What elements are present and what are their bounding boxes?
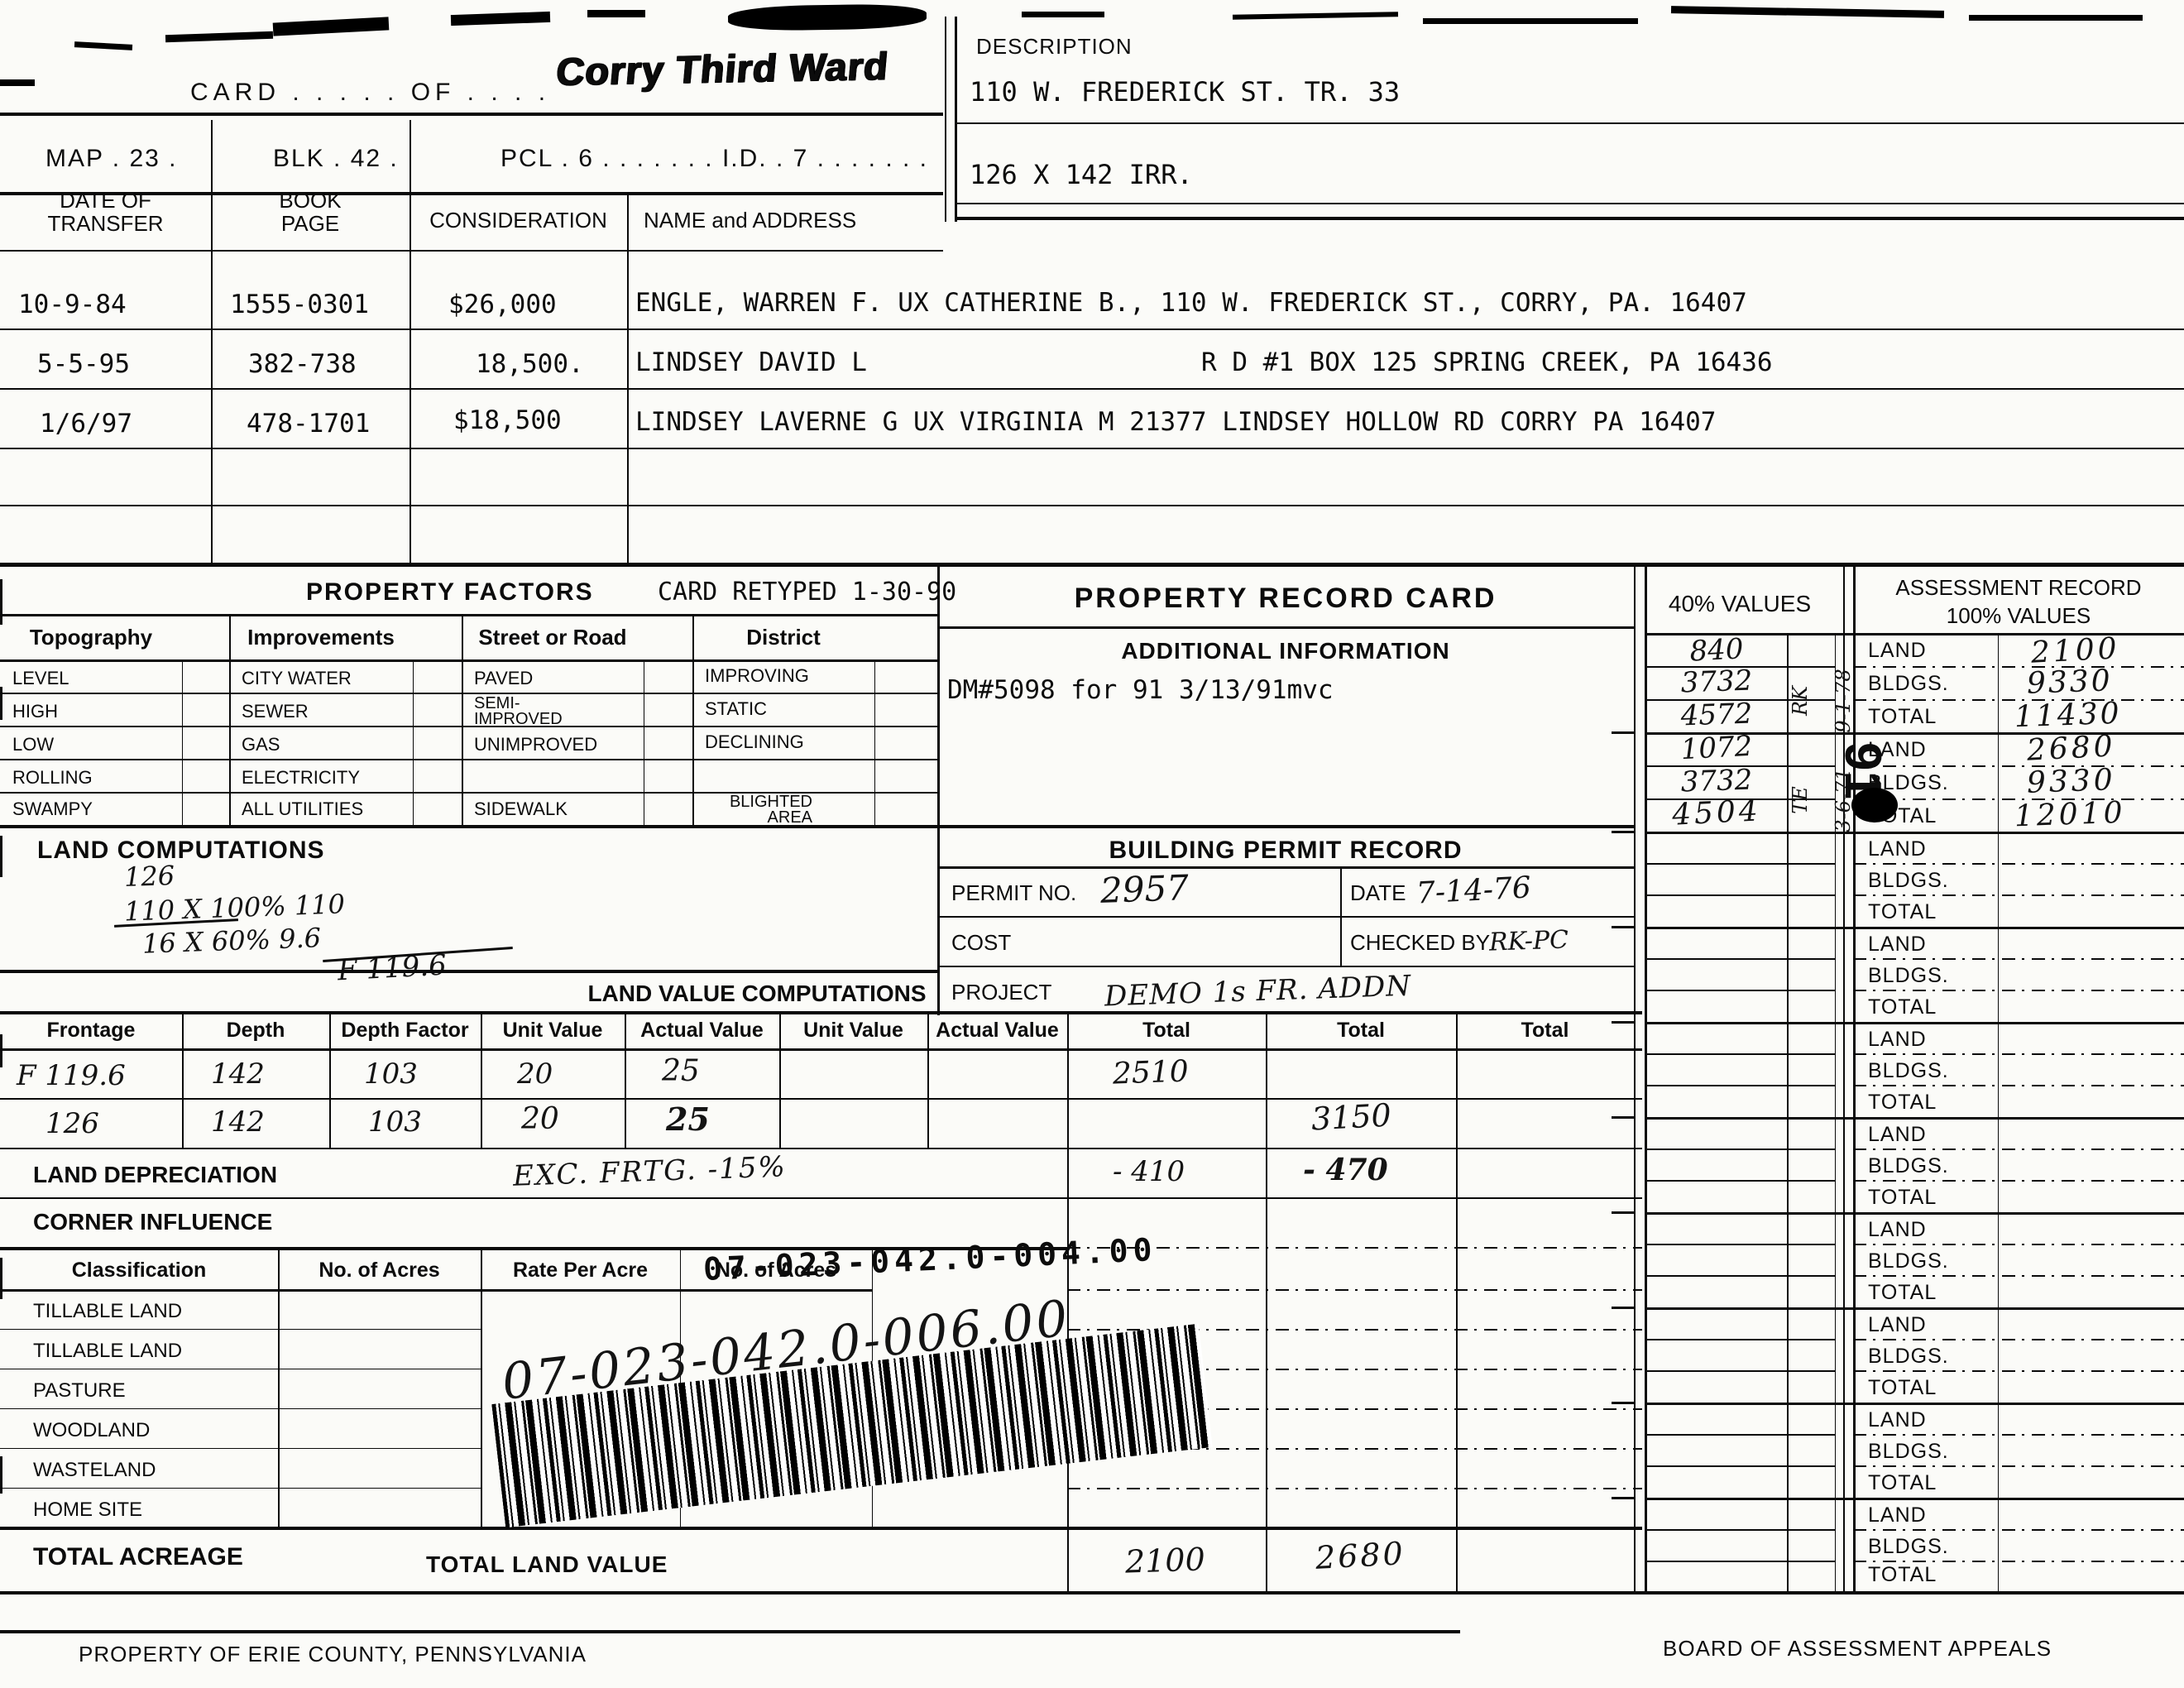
h-line — [0, 759, 937, 760]
v-line — [0, 836, 2, 877]
h-line — [1645, 1403, 2184, 1405]
corner-influence-label: CORNER INFLUENCE — [33, 1210, 272, 1235]
pf-item[interactable]: PAVED — [474, 669, 533, 688]
classification-row[interactable]: HOME SITE — [33, 1499, 142, 1521]
h-line — [1853, 1275, 2184, 1277]
lvc-cell: 126 — [45, 1109, 99, 1139]
building-permit-title: BUILDING PERMIT RECORD — [937, 837, 1634, 864]
ink-blob — [1851, 788, 1898, 822]
pf-item[interactable]: HIGH — [12, 702, 58, 722]
h-line — [0, 1527, 1642, 1530]
scan-artifact — [273, 17, 390, 36]
assessment-row-label: LAND — [1868, 1124, 1927, 1146]
v-line — [874, 659, 875, 825]
lvc-header: Actual Value — [625, 1019, 779, 1042]
v-line — [481, 1247, 482, 1527]
classification-row[interactable]: WASTELAND — [33, 1460, 156, 1481]
v-line — [0, 1258, 2, 1299]
assessment-row-label: TOTAL — [1868, 1091, 1937, 1114]
h-line — [955, 122, 2184, 124]
h-line — [0, 970, 937, 973]
total-land-value-2: 2680 — [1315, 1537, 1406, 1575]
pf-item[interactable]: SIDEWALK — [474, 799, 568, 819]
pf-item[interactable]: GAS — [242, 735, 280, 755]
lvc-header: Total — [1266, 1019, 1456, 1042]
pf-col-header: District — [692, 626, 874, 649]
v-line — [329, 1011, 331, 1148]
h-line — [0, 614, 937, 616]
permit-cost-label: COST — [951, 931, 1011, 954]
h-line — [1067, 1289, 1642, 1291]
h-line — [0, 388, 2184, 390]
h-line — [1853, 958, 2184, 960]
h-line — [1612, 731, 1634, 734]
pf-item[interactable]: SEWER — [242, 702, 309, 722]
description-line2: 126 X 142 IRR. — [970, 161, 1193, 189]
land-depreciation-label: LAND DEPRECIATION — [33, 1163, 277, 1187]
h-line — [1612, 1211, 1634, 1214]
transfer-date: 10-9-84 — [18, 291, 127, 319]
pf-item[interactable]: UNIMPROVED — [474, 735, 597, 755]
pf-item[interactable]: LOW — [12, 735, 54, 755]
value-100: 11430 — [2014, 698, 2122, 734]
transfer-book-page: 382-738 — [248, 351, 357, 378]
values-100-header: 100% VALUES — [1853, 604, 2184, 627]
transfer-col-book-header: BOOK PAGE — [211, 189, 409, 235]
value-40: 3732 — [1650, 764, 1783, 798]
assessment-row-label: TOTAL — [1868, 1282, 1937, 1304]
h-line — [1853, 1180, 2184, 1182]
pcl-id-field: PCL . 6 . . . . . . . I.D. . 7 . . . . .… — [500, 146, 928, 172]
assessment-row-label: BLDGS. — [1868, 1441, 1949, 1463]
v-line — [0, 1034, 2, 1067]
h-line — [1853, 1370, 2184, 1372]
checked-by-label: CHECKED BY — [1350, 931, 1490, 954]
v-line — [945, 17, 946, 222]
v-line — [182, 1011, 184, 1148]
lvc-cell: 20 — [517, 1059, 553, 1090]
assessment-row-label: LAND — [1868, 1219, 1927, 1241]
h-line — [937, 626, 1634, 629]
property-record-card-page: CARD . . . . . OF . . . . Corry Third Wa… — [0, 0, 2184, 1688]
lvc-total: 2510 — [1112, 1056, 1189, 1091]
transfer-consideration: $26,000 — [448, 291, 557, 319]
v-line — [625, 1011, 626, 1148]
ward-title: Corry Third Ward — [553, 46, 889, 94]
assessment-row-label: TOTAL — [1868, 1472, 1937, 1494]
lvc-header: Depth — [182, 1019, 329, 1042]
assessment-row-label: TOTAL — [1868, 996, 1937, 1019]
v-line — [1634, 563, 1636, 1591]
v-line — [1645, 563, 1647, 1591]
footer-left: PROPERTY OF ERIE COUNTY, PENNSYLVANIA — [79, 1642, 587, 1666]
scan-artifact — [165, 31, 273, 43]
h-line — [0, 1591, 2184, 1594]
h-line — [0, 113, 943, 116]
lvc-cell: 142 — [211, 1059, 265, 1090]
h-line — [0, 726, 937, 727]
h-line — [0, 1369, 481, 1369]
footer-right: BOARD OF ASSESSMENT APPEALS — [1663, 1637, 2052, 1660]
permit-no-value: 2957 — [1099, 869, 1189, 909]
land-depreciation-total: - 410 — [1113, 1157, 1185, 1187]
h-line — [0, 1197, 1642, 1199]
margin-note-1: RK 9-1-78 — [1768, 655, 1854, 746]
pf-col-header: Topography — [0, 626, 182, 649]
classification-header: Classification — [0, 1259, 278, 1282]
h-line — [1853, 1339, 2184, 1340]
h-line — [0, 1148, 1642, 1149]
h-line — [0, 1448, 481, 1449]
h-line — [1645, 1022, 2184, 1024]
h-line — [1612, 926, 1634, 928]
h-line — [1645, 1465, 1835, 1467]
pf-item[interactable]: CITY WATER — [242, 669, 352, 688]
value-100: 9330 — [2026, 765, 2116, 800]
v-line — [409, 120, 411, 563]
h-line — [1853, 699, 2184, 701]
pf-item[interactable]: SEMI-IMPROVED — [474, 696, 582, 727]
v-line — [413, 659, 414, 825]
additional-information-label: ADDITIONAL INFORMATION — [937, 639, 1634, 664]
h-line — [0, 1289, 872, 1292]
assessment-row-label: BLDGS. — [1868, 1250, 1949, 1273]
h-line — [0, 448, 2184, 449]
scan-artifact — [1969, 15, 2143, 21]
transfer-col-name-header: NAME and ADDRESS — [644, 209, 856, 232]
land-depreciation-total: - 470 — [1303, 1154, 1388, 1187]
h-line — [1853, 894, 2184, 896]
classification-header: No. of Acres — [278, 1259, 481, 1282]
total-land-value-1: 2100 — [1124, 1542, 1205, 1579]
transfer-consideration: $18,500 — [453, 407, 562, 434]
h-line — [1853, 1149, 2184, 1150]
v-line — [937, 563, 940, 1015]
lvc-header: Total — [1456, 1019, 1634, 1042]
assessment-row-label: LAND — [1868, 933, 1927, 956]
pf-item[interactable]: ELECTRICITY — [242, 768, 360, 788]
lvc-header: Frontage — [0, 1019, 182, 1042]
land-computations-title: LAND COMPUTATIONS — [37, 837, 325, 864]
lvc-title: LAND VALUE COMPUTATIONS — [579, 981, 935, 1006]
h-line — [1645, 1434, 1835, 1436]
v-line — [644, 659, 644, 825]
h-line — [0, 1630, 1460, 1633]
h-line — [1853, 1561, 2184, 1562]
property-factors-title: PROPERTY FACTORS — [306, 579, 594, 606]
lvc-header: Unit Value — [481, 1019, 625, 1042]
h-line — [1853, 765, 2184, 767]
project-value: DEMO 1s FR. ADDN — [1104, 971, 1411, 1013]
transfer-col-consideration-header: CONSIDERATION — [409, 209, 627, 232]
scan-artifact — [451, 12, 550, 26]
lvc-cell: 142 — [211, 1107, 265, 1138]
assessment-row-label: BLDGS. — [1868, 870, 1949, 892]
h-line — [1645, 1339, 1835, 1340]
v-line — [0, 687, 2, 720]
transfer-date: 1/6/97 — [40, 410, 132, 438]
h-line — [1645, 1244, 1835, 1245]
v-line — [278, 1247, 280, 1527]
transfer-name-address: ENGLE, WARREN F. UX CATHERINE B., 110 W.… — [635, 290, 1747, 317]
h-line — [955, 217, 2184, 220]
value-40: 3732 — [1650, 664, 1783, 699]
pf-item[interactable]: SWAMPY — [12, 799, 93, 819]
value-100: 2680 — [2026, 731, 2117, 767]
h-line — [1853, 666, 2184, 668]
land-comp-line: 126 — [123, 861, 175, 892]
lvc-cell: 25 — [666, 1102, 710, 1136]
transfer-address2: R D #1 BOX 125 SPRING CREEK, PA 16436 — [1201, 349, 1773, 376]
pf-item[interactable]: ALL UTILITIES — [242, 799, 363, 819]
assessment-row-label: LAND — [1868, 838, 1927, 861]
h-line — [1645, 1117, 2184, 1120]
h-line — [0, 1488, 481, 1489]
h-line — [0, 1011, 1642, 1014]
assessment-row-label: TOTAL — [1868, 1377, 1937, 1399]
total-acreage-label: TOTAL ACREAGE — [33, 1544, 243, 1571]
h-line — [1645, 1149, 1835, 1150]
h-line — [1645, 1053, 1835, 1055]
pf-item[interactable]: DECLINING — [705, 732, 804, 752]
h-line — [955, 203, 2184, 204]
h-line — [1612, 1307, 1634, 1309]
h-line — [1645, 1085, 1835, 1086]
lvc-cell: F 119.6 — [17, 1061, 126, 1091]
v-line — [0, 579, 2, 625]
assessment-row-label: BLDGS. — [1868, 1060, 1949, 1082]
v-line — [955, 17, 957, 222]
h-line — [1645, 958, 1835, 960]
scan-artifact — [0, 79, 35, 86]
total-land-value-label: TOTAL LAND VALUE — [426, 1552, 668, 1577]
v-line — [182, 659, 183, 825]
values-40-header: 40% VALUES — [1645, 592, 1835, 616]
classification-row[interactable]: WOODLAND — [33, 1420, 150, 1441]
h-line — [1645, 927, 2184, 929]
assessment-row-label: BLDGS. — [1868, 1345, 1949, 1368]
v-line — [211, 120, 213, 563]
h-line — [0, 825, 1634, 828]
h-line — [0, 328, 2184, 330]
h-line — [1645, 1561, 1835, 1562]
assessment-row-label: LAND — [1868, 1029, 1927, 1051]
transfer-consideration: 18,500. — [476, 351, 584, 378]
h-line — [1853, 1529, 2184, 1531]
assessment-row-label: LAND — [1868, 640, 1927, 662]
card-of-label: CARD . . . . . OF . . . . — [190, 79, 550, 106]
v-line — [481, 1011, 482, 1148]
lvc-cell: 103 — [364, 1059, 418, 1090]
pf-col-header: Improvements — [229, 626, 413, 649]
h-line — [0, 659, 937, 662]
h-line — [1853, 1434, 2184, 1436]
h-line — [1645, 1212, 2184, 1215]
assessment-row-label: TOTAL — [1868, 901, 1937, 923]
h-line — [1612, 1021, 1634, 1024]
transfer-date: 5-5-95 — [37, 351, 130, 378]
additional-information-text: DM#5098 for 91 3/13/91mvc — [947, 677, 1334, 704]
classification-row[interactable]: PASTURE — [33, 1380, 126, 1402]
lvc-header: Unit Value — [779, 1019, 927, 1042]
scan-artifact — [1233, 12, 1398, 19]
h-line — [1645, 1498, 2184, 1500]
lvc-cell: 25 — [662, 1056, 700, 1088]
h-line — [1645, 1275, 1835, 1277]
h-line — [1612, 1116, 1634, 1119]
assessment-row-label: TOTAL — [1868, 1564, 1937, 1586]
h-line — [937, 866, 1634, 869]
h-line — [1645, 863, 1835, 865]
h-line — [1645, 832, 2184, 834]
v-line — [0, 1456, 2, 1494]
v-line — [927, 1011, 929, 1148]
pf-item[interactable]: BLIGHTED AREA — [705, 794, 812, 826]
land-depreciation-note: EXC. FRTG. -15% — [512, 1152, 787, 1192]
map-field: MAP . 23 . — [45, 146, 178, 172]
h-line — [0, 505, 2184, 506]
lvc-cell: 103 — [368, 1107, 422, 1138]
h-line — [1645, 990, 1835, 991]
scan-artifact — [728, 3, 927, 31]
lvc-header: Actual Value — [927, 1019, 1067, 1042]
assessment-row-label: TOTAL — [1868, 1187, 1937, 1209]
v-line — [779, 1011, 781, 1148]
assessment-row-label: LAND — [1868, 1314, 1927, 1336]
project-label: PROJECT — [951, 981, 1051, 1004]
h-line — [1853, 798, 2184, 800]
pf-col-header: Street or Road — [462, 626, 644, 649]
scan-artifact — [1671, 6, 1944, 18]
scan-artifact — [1022, 12, 1104, 17]
h-line — [1067, 1488, 1642, 1489]
h-line — [0, 1408, 481, 1409]
lvc-header: Total — [1067, 1019, 1266, 1042]
assessment-record-header: ASSESSMENT RECORD — [1853, 576, 2184, 599]
assessment-row-label: BLDGS. — [1868, 673, 1949, 695]
value-100: 12010 — [2014, 798, 2126, 834]
assessment-row-label: BLDGS. — [1868, 1536, 1949, 1558]
parcel-id-stamp: 07-023-042.0-004.00 — [702, 1233, 1157, 1287]
transfer-book-page: 1555-0301 — [230, 291, 369, 319]
h-line — [1612, 1402, 1634, 1404]
h-line — [1645, 1180, 1835, 1182]
h-line — [1853, 863, 2184, 865]
permit-date-value: 7-14-76 — [1415, 872, 1532, 910]
v-line — [1998, 633, 1999, 1591]
pf-item[interactable]: STATIC — [705, 699, 767, 719]
value-40: 1072 — [1650, 730, 1784, 767]
h-line — [937, 966, 1634, 967]
pf-item[interactable]: IMPROVING — [705, 666, 809, 686]
transfer-name-address: LINDSEY DAVID L — [635, 349, 867, 376]
value-40: 840 — [1650, 632, 1784, 669]
h-line — [1853, 1085, 2184, 1086]
assessment-row-label: BLDGS. — [1868, 965, 1949, 987]
permit-no-label: PERMIT NO. — [951, 881, 1076, 904]
h-line — [1612, 1497, 1634, 1499]
h-line — [1853, 990, 2184, 991]
card-retyped-note: CARD RETYPED 1-30-90 — [658, 579, 956, 606]
scan-artifact — [587, 10, 645, 17]
classification-row[interactable]: TILLABLE LAND — [33, 1340, 182, 1362]
permit-date-label: DATE — [1350, 881, 1406, 904]
assessment-row-label: LAND — [1868, 1409, 1927, 1431]
pf-item[interactable]: ROLLING — [12, 768, 93, 788]
scan-artifact — [1423, 18, 1638, 24]
lvc-cell: 20 — [521, 1104, 559, 1136]
h-line — [0, 1329, 481, 1330]
v-line — [627, 192, 629, 563]
classification-header: Rate Per Acre — [481, 1259, 680, 1282]
h-line — [1645, 1529, 1835, 1531]
scan-artifact — [74, 41, 132, 50]
description-line1: 110 W. FREDERICK ST. TR. 33 — [970, 78, 1400, 107]
checked-by-value: RK-PC — [1488, 927, 1569, 957]
h-line — [0, 693, 937, 694]
h-line — [1853, 1244, 2184, 1245]
assessment-row-label: BLDGS. — [1868, 1155, 1949, 1177]
transfer-name-address: LINDSEY LAVERNE G UX VIRGINIA M 21377 LI… — [635, 409, 1716, 436]
lvc-total: 3150 — [1310, 1098, 1392, 1136]
land-comp-line: 16 X 60% 9.6 — [141, 923, 321, 958]
margin-note-initials: RK — [1789, 686, 1812, 716]
h-line — [0, 1098, 1642, 1100]
transfer-col-date-header: DATE OF TRANSFER — [0, 189, 211, 235]
pf-item[interactable]: LEVEL — [12, 669, 69, 688]
lvc-header: Depth Factor — [329, 1019, 481, 1042]
h-line — [1645, 1370, 1835, 1372]
property-record-card-title: PROPERTY RECORD CARD — [937, 583, 1634, 614]
h-line — [1853, 1053, 2184, 1055]
assessment-row-label: LAND — [1868, 1504, 1927, 1527]
margin-note-date: 9-1-78 — [1832, 669, 1855, 732]
description-label: DESCRIPTION — [976, 35, 1133, 58]
value-100: 9330 — [2026, 665, 2113, 700]
h-line — [0, 1048, 1642, 1051]
margin-note-initials: TE — [1789, 786, 1812, 814]
h-line — [0, 563, 2184, 567]
h-line — [937, 916, 1634, 918]
value-40: 4572 — [1650, 698, 1783, 732]
h-line — [0, 250, 943, 252]
classification-row[interactable]: TILLABLE LAND — [33, 1301, 182, 1322]
blk-field: BLK . 42 . — [273, 146, 399, 172]
h-line — [1612, 831, 1634, 833]
h-line — [1645, 1307, 2184, 1310]
h-line — [1853, 1465, 2184, 1467]
h-line — [1645, 894, 1835, 896]
transfer-book-page: 478-1701 — [247, 410, 370, 438]
assessment-row-label: TOTAL — [1868, 706, 1937, 728]
